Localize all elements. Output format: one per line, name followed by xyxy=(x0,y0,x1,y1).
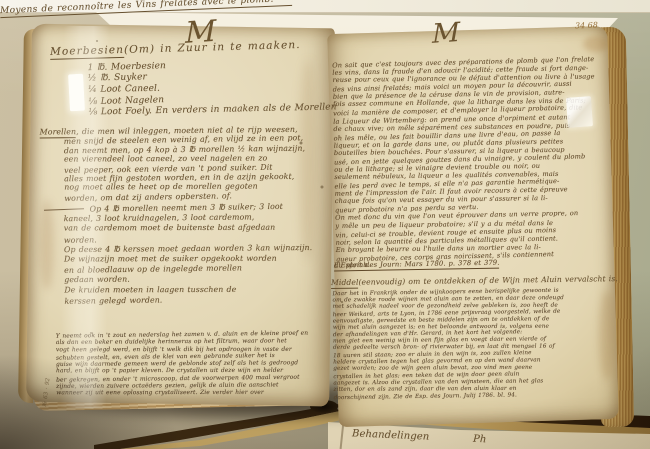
lower-book-heading-fragment: Ph xyxy=(473,434,487,446)
body-end: du plomb. xyxy=(334,261,370,270)
right-page-body: On sait que c'est toujours avec des prép… xyxy=(332,55,618,262)
section2-keyword: Middel xyxy=(331,278,359,289)
paper-stain xyxy=(40,200,54,290)
ink-specks xyxy=(0,0,2,2)
citation-line: du plomb. L'Esprit des Journ: Mars 1780.… xyxy=(334,259,500,270)
glass-glare-left xyxy=(68,74,85,112)
paper-stain xyxy=(583,36,609,52)
photo-manuscript-display: Behandelingen Ph M Moerbesien (Om) in Zu… xyxy=(0,0,650,449)
section2-body: Daar het in Frankrijk onder de wijnkoope… xyxy=(332,288,617,401)
ingredient-list: 1 ℔. Moerbesien½ ℔. Suyker¼ Loot Caneel.… xyxy=(87,57,328,118)
glass-glare-right xyxy=(566,96,593,128)
page-number: 34 68 xyxy=(575,21,598,31)
index-letter-right: M xyxy=(429,19,462,48)
